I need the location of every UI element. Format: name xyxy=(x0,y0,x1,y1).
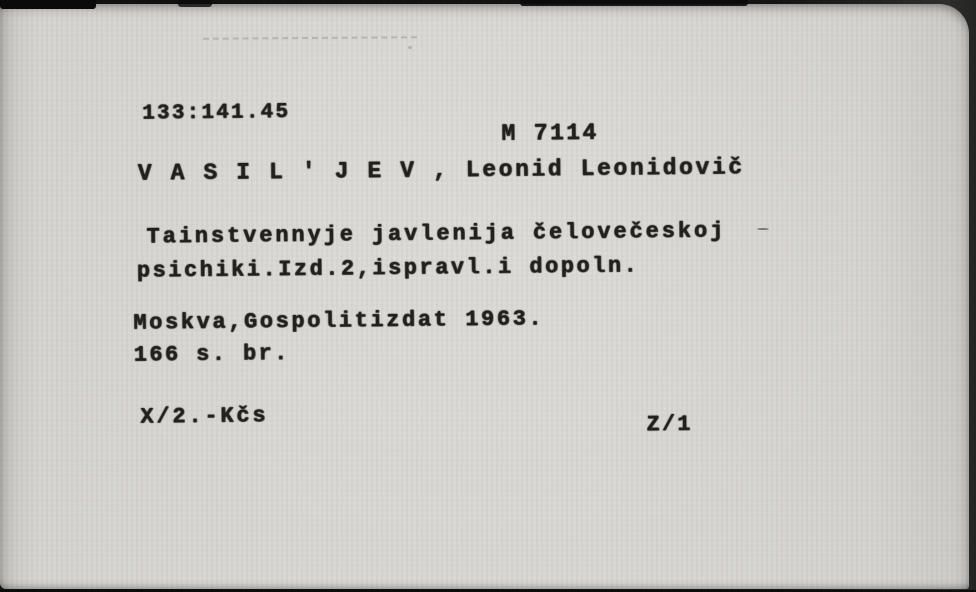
call-number: M 7114 xyxy=(501,120,598,147)
author-heading: V A S I L ' J E V , Leonid Leonidovič xyxy=(138,154,745,186)
location-mark: Z/1 xyxy=(646,412,692,437)
imprint-line: Moskva,Gospolitizdat 1963. xyxy=(133,306,544,335)
title-line-1: Tainstvennyje javlenija čelovečeskoj xyxy=(146,218,726,249)
collation-line: 166 s. br. xyxy=(134,341,290,368)
classification-number: 133:141.45 xyxy=(142,101,290,126)
scanned-catalog-card-image: 133:141.45 M 7114 V A S I L ' J E V , Le… xyxy=(0,0,976,592)
title-line-2: psichiki.Izd.2,ispravl.i dopoln. xyxy=(137,253,640,283)
typewritten-text-layer: 133:141.45 M 7114 V A S I L ' J E V , Le… xyxy=(0,0,976,592)
price-mark: X/2.-Kčs xyxy=(140,403,268,429)
